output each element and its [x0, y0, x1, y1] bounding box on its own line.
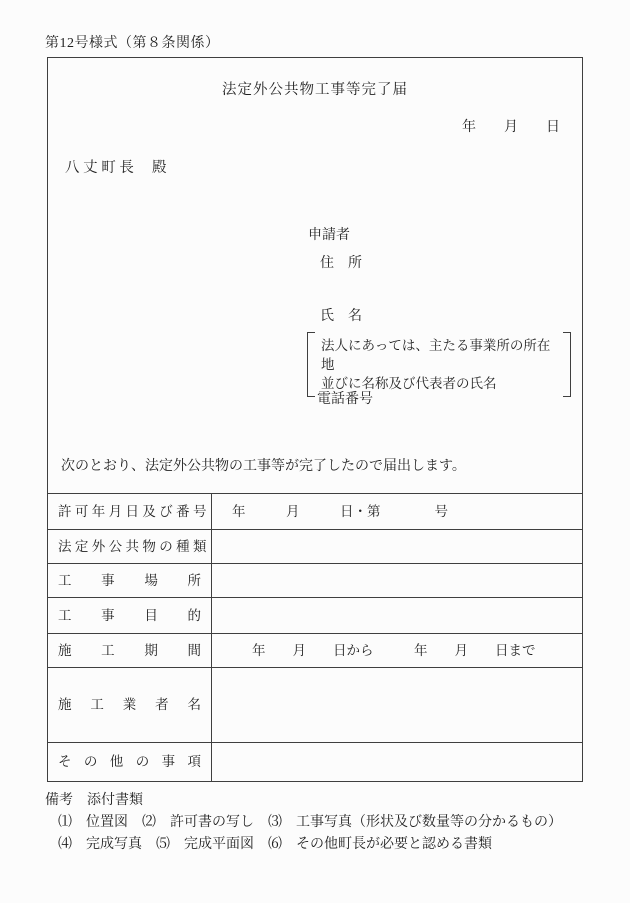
table-row-work-purpose: 工 事 目 的 [48, 597, 582, 633]
row-label: 施 工 期 間 [48, 634, 212, 667]
applicant-label: 申請者 [308, 224, 350, 244]
table-row-public-property-type: 法 定 外 公 共 物 の 種 類 [48, 529, 582, 563]
table-row-permit-date-number: 許 可 年 月 日 及 び 番 号 年 月 日・第 号 [48, 493, 582, 529]
addressee: 八 丈 町 長 殿 [65, 156, 167, 177]
table-row-other-matters: そ の 他 の 事 項 [48, 742, 582, 781]
attachment-list-line1: ⑴ 位置図 ⑵ 許可書の写し ⑶ 工事写真（形状及び数量等の分かるもの） [58, 811, 562, 831]
row-label: そ の 他 の 事 項 [48, 743, 212, 781]
corporate-note-line1: 法人にあっては、主たる事業所の所在地 [321, 336, 557, 374]
row-value [212, 598, 582, 633]
row-label: 法 定 外 公 共 物 の 種 類 [48, 530, 212, 563]
document-title: 法定外公共物工事等完了届 [48, 78, 582, 99]
form-border-box: 法定外公共物工事等完了届 年 月 日 八 丈 町 長 殿 申請者 住 所 氏 名… [47, 57, 583, 782]
declaration-text: 次のとおり、法定外公共物の工事等が完了したので届出します。 [61, 455, 466, 475]
attachment-list-line2: ⑷ 完成写真 ⑸ 完成平面図 ⑹ その他町長が必要と認める書類 [58, 833, 492, 853]
table-row-construction-period: 施 工 期 間 年 月 日から 年 月 日まで [48, 633, 582, 667]
row-value [212, 564, 582, 597]
row-value: 年 月 日から 年 月 日まで [212, 634, 582, 667]
row-value [212, 530, 582, 563]
name-label: 氏 名 [320, 305, 362, 325]
remarks-heading: 備考 添付書類 [45, 789, 143, 809]
row-label: 工 事 目 的 [48, 598, 212, 633]
row-label: 許 可 年 月 日 及 び 番 号 [48, 494, 212, 529]
address-label: 住 所 [320, 252, 362, 272]
table-row-contractor-name: 施 工 業 者 名 [48, 667, 582, 742]
table-row-work-location: 工 事 場 所 [48, 563, 582, 597]
phone-label: 電話番号 [317, 388, 373, 408]
document-page: 第12号様式（第８条関係） 法定外公共物工事等完了届 年 月 日 八 丈 町 長… [0, 0, 630, 903]
date-field: 年 月 日 [462, 116, 582, 136]
row-value: 年 月 日・第 号 [212, 494, 582, 529]
details-table: 許 可 年 月 日 及 び 番 号 年 月 日・第 号 法 定 外 公 共 物 … [48, 493, 582, 781]
row-value [212, 743, 582, 781]
row-label: 工 事 場 所 [48, 564, 212, 597]
row-value [212, 668, 582, 742]
form-number: 第12号様式（第８条関係） [45, 32, 220, 52]
row-label: 施 工 業 者 名 [48, 668, 212, 742]
